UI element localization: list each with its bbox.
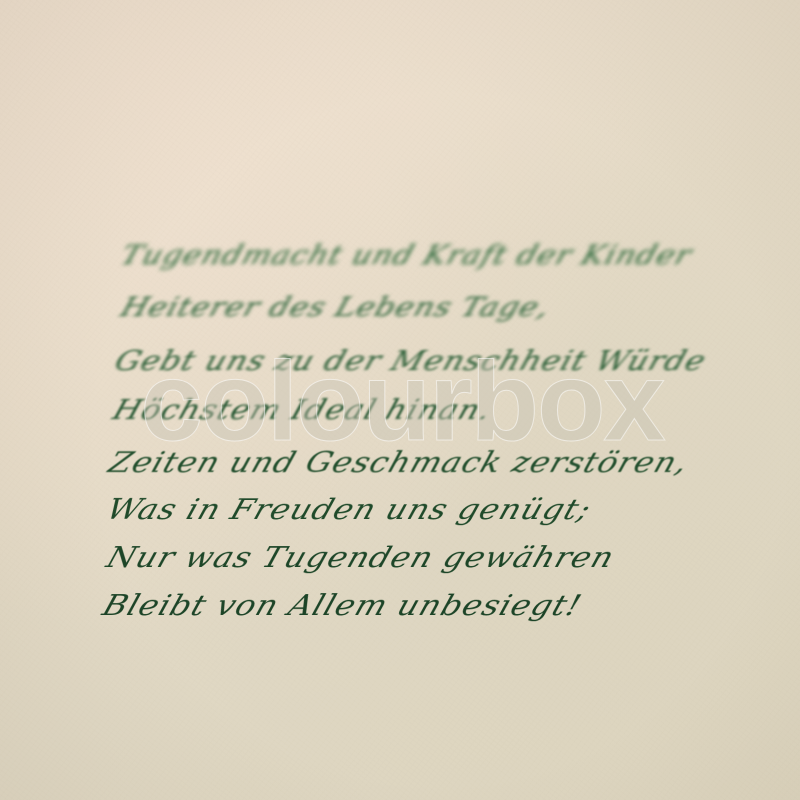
handwritten-manuscript: Tugendmacht und Kraft der Kinder Heitere… bbox=[0, 0, 800, 800]
manuscript-line-5: Zeiten und Geschmack zerstören, bbox=[104, 445, 693, 479]
manuscript-line-8: Bleibt von Allem unbesiegt! bbox=[98, 588, 586, 622]
manuscript-line-6: Was in Freuden uns genügt; bbox=[102, 492, 596, 526]
manuscript-line-4: Höchstem Ideal hinan. bbox=[109, 394, 496, 426]
manuscript-line-3: Gebt uns zu der Menschheit Würde bbox=[111, 345, 711, 377]
manuscript-line-2: Heiterer des Lebens Tage, bbox=[117, 292, 554, 324]
manuscript-line-7: Nur was Tugenden gewähren bbox=[102, 540, 619, 574]
manuscript-line-1: Tugendmacht und Kraft der Kinder bbox=[117, 240, 696, 272]
